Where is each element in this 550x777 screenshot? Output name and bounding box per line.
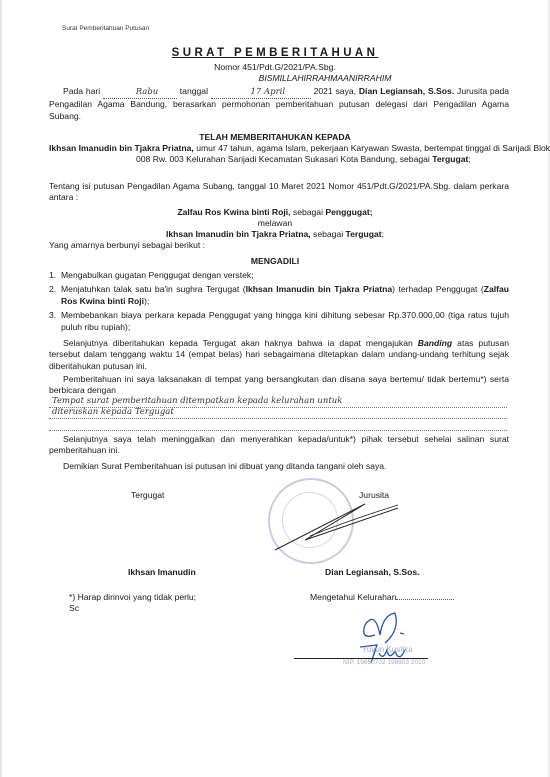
closing-paragraph: Demikian Surat Pemberitahuan isi putusan… (49, 461, 509, 472)
jurusita-name: Dian Legiansah, S.Sos. (359, 86, 454, 96)
pelaksanaan-paragraph: Pemberitahuan ini saya laksanakan di tem… (49, 374, 509, 397)
handwritten-note-line2: diteruskan kepada Tergugat (52, 407, 174, 417)
left-signature-title: Tergugat (131, 490, 164, 500)
handwritten-note-line1: Tempat surat pemberitahuan ditempatkan k… (52, 396, 342, 406)
ruling-item: 1.Mengabulkan gugatan Penggugat dengan v… (49, 270, 509, 281)
document-title: SURAT PEMBERITAHUAN (0, 47, 550, 59)
leaving-paragraph: Selanjutnya saya telah meninggalkan dan … (49, 434, 509, 457)
fill-line (49, 430, 507, 431)
mengadili-heading: MENGADILI (40, 256, 510, 266)
left-signature-name: Ikhsan Imanudin (128, 567, 196, 577)
plaintiff-line: Zalfau Ros Kwina binti Roji, sebagai Pen… (40, 207, 510, 217)
kelurahan-official-nip: NIP. 19650702 198803 2010 (343, 659, 425, 666)
recipient-details: Ikhsan Imanudin bin Tjakra Priatna, umur… (49, 143, 550, 166)
defendant-line: Ikhsan Imanudin bin Tjakra Priatna, seba… (40, 229, 510, 239)
kelurahan-official-name: Yuyun Kustika (362, 645, 413, 654)
versus: melawan (40, 218, 510, 228)
ruling-item: 2.Menjatuhkan talak satu ba'in sughra Te… (49, 284, 509, 307)
notified-heading: TELAH MEMBERITAHUKAN KEPADA (40, 132, 510, 142)
tentang-paragraph: Tentang isi putusan Pengadilan Agama Sub… (49, 181, 509, 204)
mengetahui-label: Mengetahui Kelurahan (310, 592, 454, 602)
scan-edge-left (0, 0, 2, 777)
right-signature-name: Dian Legiansah, S.Sos. (325, 567, 420, 577)
bismillah: BISMILLAHIRRAHMAANIRRAHIM (90, 73, 550, 83)
banding-paragraph: Selanjutnya diberitahukan kepada Terguga… (49, 338, 509, 372)
header-note: Surat Pemberitahuan Putusan (62, 25, 149, 32)
footnote: *) Harap dirinvoi yang tidak perlu; (69, 592, 196, 602)
ruling-item: 3.Membebankan biaya perkara kepada Pengg… (49, 310, 509, 333)
amar-intro: Yang amarnya berbunyi sebagai berikut : (49, 240, 509, 251)
rulings-list: 1.Mengabulkan gugatan Penggugat dengan v… (49, 270, 509, 336)
hari-field: Rabu (103, 86, 177, 99)
document-number: Nomor 451/Pdt.G/2021/PA.Sbg. (40, 62, 510, 72)
fill-line (49, 418, 507, 419)
footnote-sc: Sc (69, 603, 79, 613)
tanggal-field: 17 April (211, 86, 311, 99)
jurusita-signature (270, 490, 400, 560)
opening-paragraph: Pada hari Rabu tanggal 17 April 2021 say… (49, 86, 509, 122)
